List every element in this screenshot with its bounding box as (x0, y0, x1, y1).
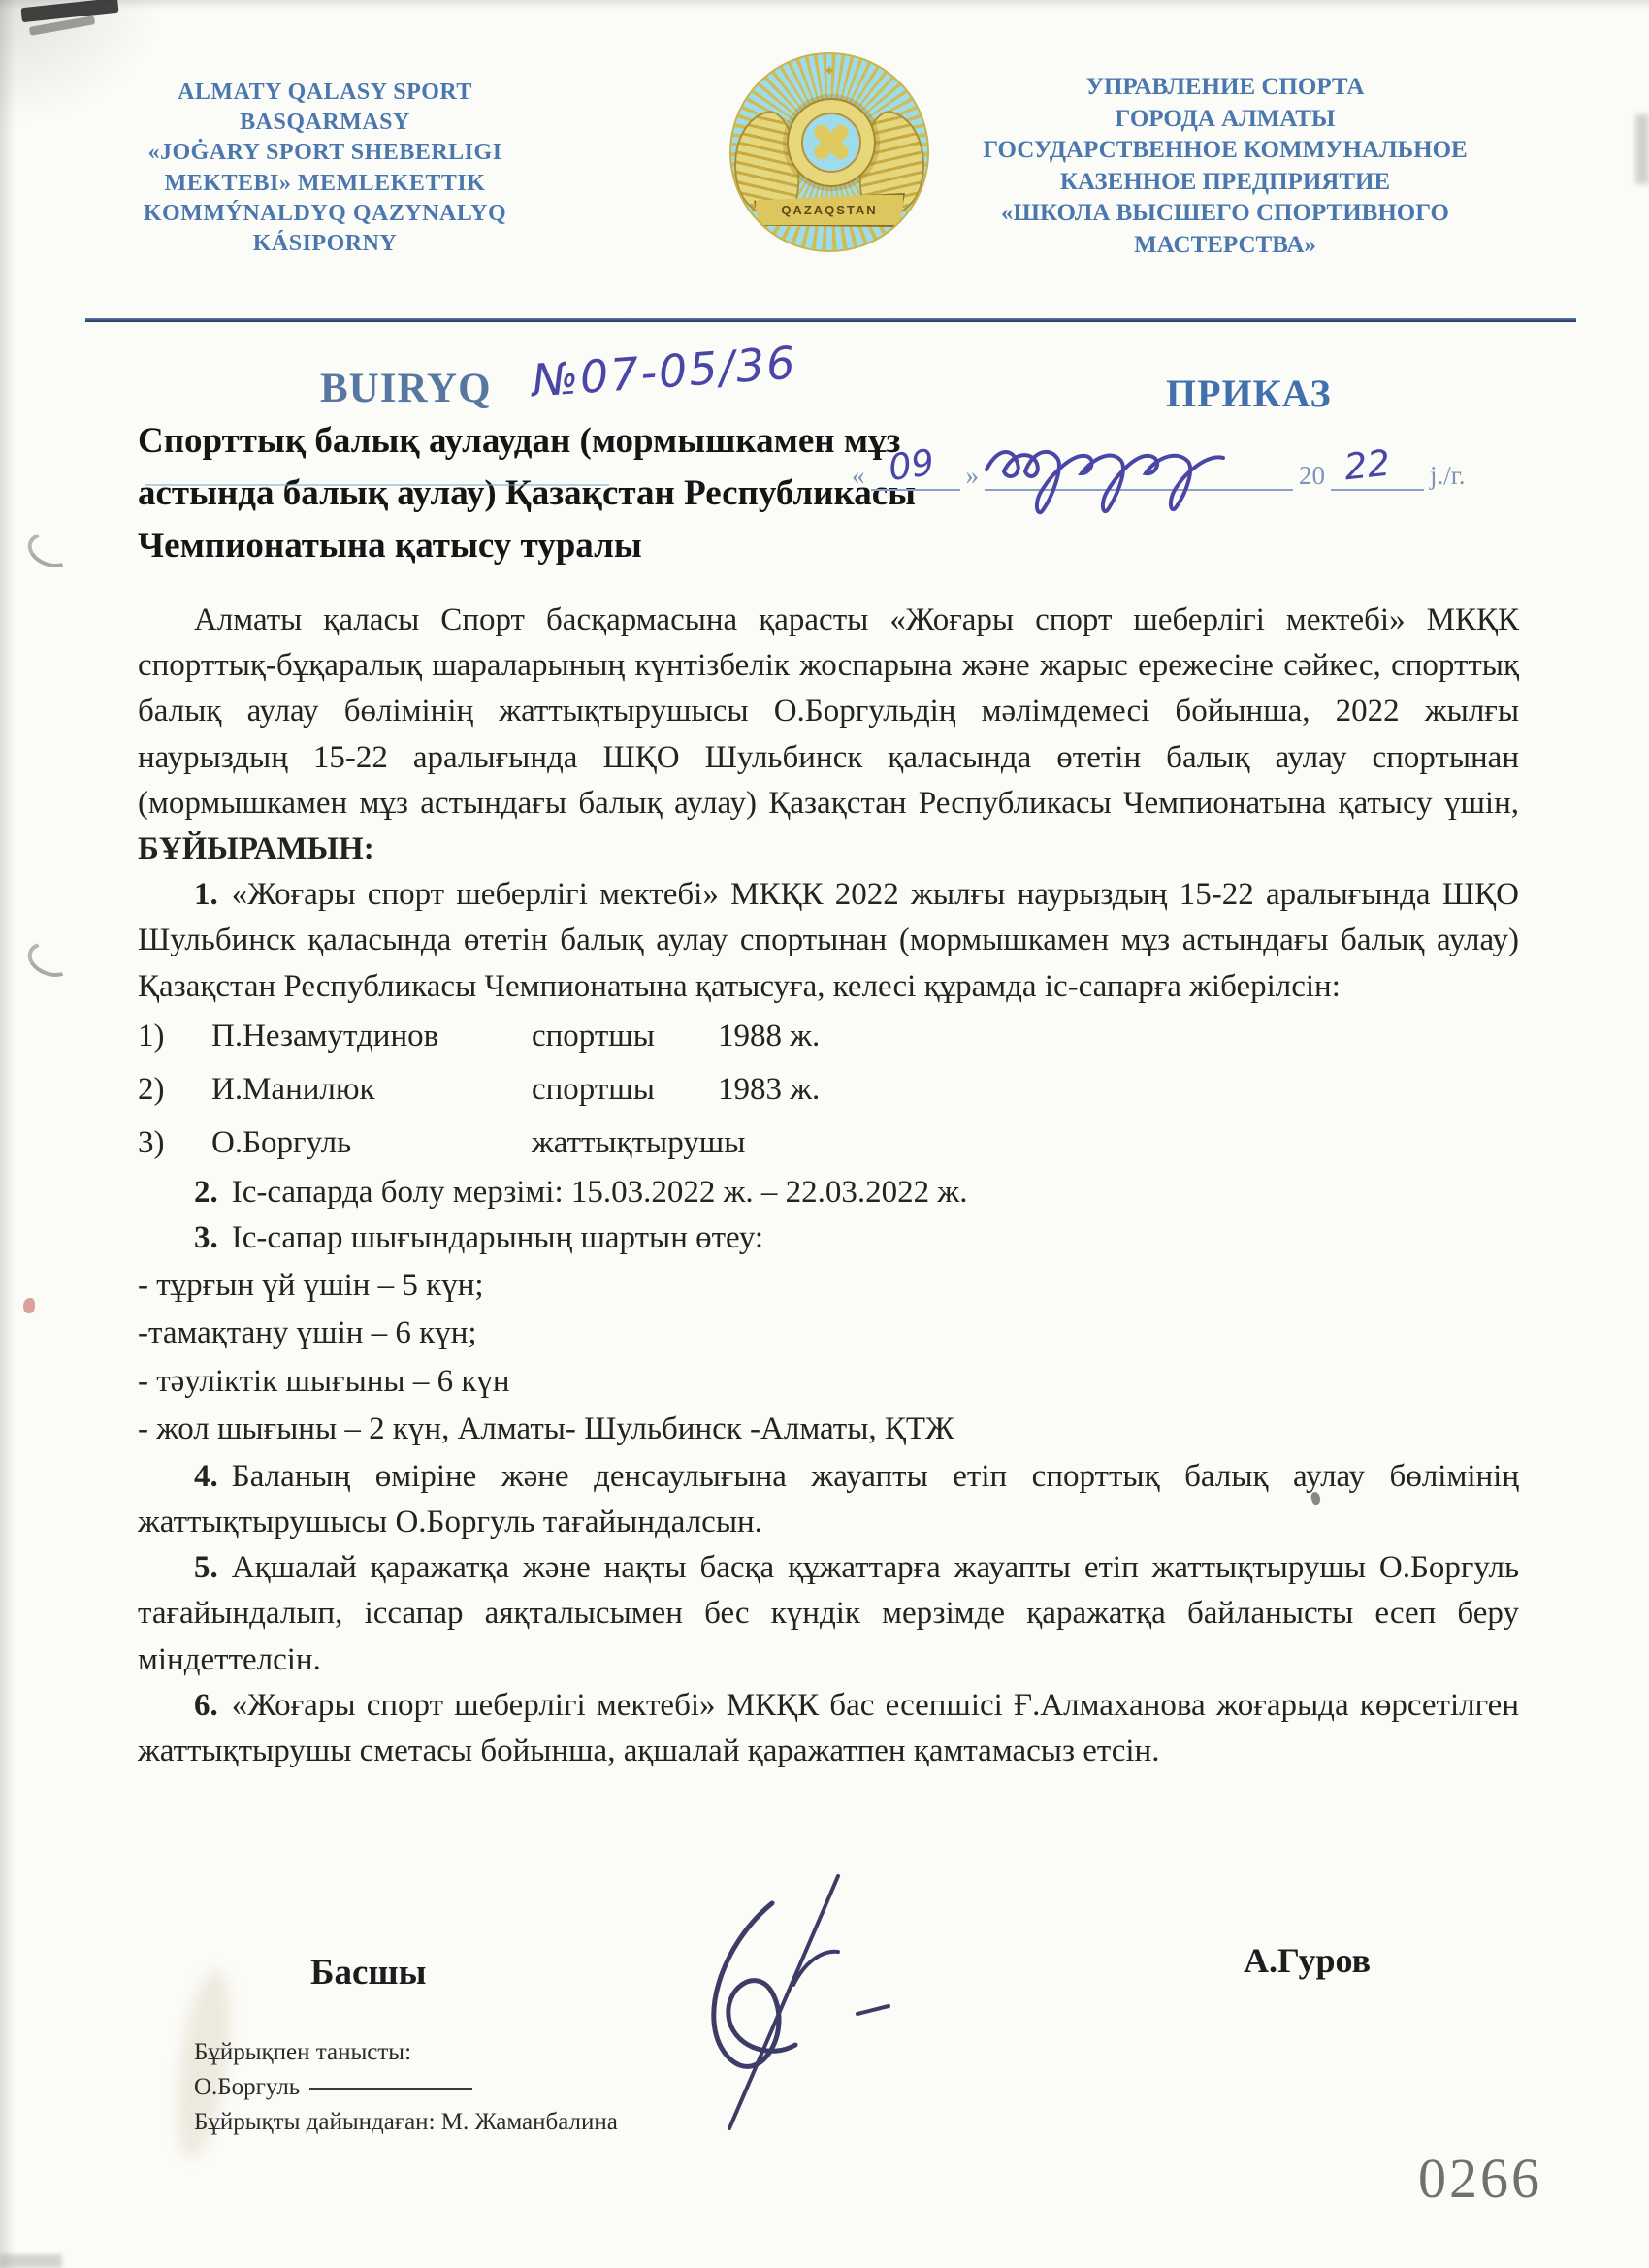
item-text: «Жоғары спорт шеберлігі мектебі» МКҚК 20… (138, 877, 1519, 1003)
scan-curl-mark-2 (23, 936, 79, 983)
person-year (718, 1120, 1519, 1166)
kazakhstan-state-emblem-icon: ✦ QAZAQSTAN (726, 47, 927, 275)
org-line: ALMATY QALASY SPORT (141, 78, 509, 108)
person-name: П.Незамутдинов (211, 1014, 532, 1059)
org-line: «JOĠARY SPORT SHEBERLIGI (141, 138, 509, 168)
footer-acquainted-row: О.Боргуль (194, 2070, 618, 2105)
date-row: « 09 » 20 22 j./г. (846, 460, 1471, 491)
emblem-star-icon: ✦ (824, 62, 836, 81)
date-year-blank: 22 (1331, 460, 1424, 491)
person-row: 1) П.Незамутдинов спортшы 1988 ж. (138, 1010, 1519, 1063)
org-line: МАСТЕРСТВА» (955, 230, 1495, 262)
person-year: 1988 ж. (718, 1014, 1519, 1059)
person-name: И.Манилюк (211, 1067, 532, 1113)
order-item-2: 2.Іс-сапарда болу мерзімі: 15.03.2022 ж.… (138, 1170, 1519, 1215)
org-name-kazakh: ALMATY QALASY SPORT BASQARMASY «JOĠARY S… (141, 78, 509, 259)
template-underline (145, 484, 609, 486)
person-num: 2) (138, 1067, 211, 1113)
footer-block: Бұйрықпен танысты: О.Боргуль Бұйрықты да… (194, 2035, 618, 2140)
org-line: BASQARMASY (141, 108, 509, 138)
order-item-6: 6.«Жоғары спорт шеберлігі мектебі» МКҚК … (138, 1683, 1519, 1774)
footer-acquainted-name: О.Боргуль (194, 2074, 300, 2100)
item-text: Іс-сапар шығындарының шартын өтеу: (232, 1220, 763, 1255)
paragraph-intro: Алматы қаласы Спорт басқармасына қарасты… (138, 598, 1519, 872)
order-item-5: 5.Ақшалай қаражатқа және нақты басқа құж… (138, 1545, 1519, 1683)
order-heading-kazakh: BUIRYQ (320, 365, 492, 412)
expense-line: - тәуліктік шығыны – 6 күн (138, 1358, 1519, 1407)
header-divider (85, 318, 1576, 322)
scan-edge-shading-top (0, 0, 1649, 10)
order-number-handwritten: №07-05/36 (530, 337, 798, 407)
person-row: 2) И.Манилюк спортшы 1983 ж. (138, 1063, 1519, 1117)
date-field: « 09 » 20 22 j./г. (846, 438, 1498, 501)
person-num: 3) (138, 1120, 211, 1166)
date-day-handwritten: 09 (886, 441, 937, 489)
org-line: УПРАВЛЕНИЕ СПОРТА (955, 72, 1495, 104)
org-line: ГОСУДАРСТВЕННОЕ КОММУНАЛЬНОЕ (955, 135, 1495, 167)
org-line: «ШКОЛА ВЫСШЕГО СПОРТИВНОГО (955, 198, 1495, 230)
item-number: 4. (194, 1459, 232, 1494)
scan-edge-shading-left (0, 0, 16, 2268)
scan-bottom-edge-mark (0, 2254, 62, 2268)
person-year: 1983 ж. (718, 1067, 1519, 1113)
emblem-shanyrak-ring (787, 98, 876, 187)
subject-line: Чемпионатына қатысу туралы (138, 520, 1088, 572)
item-number: 2. (194, 1175, 232, 1210)
page-number: 0266 (1418, 2146, 1542, 2211)
org-line: KOMMÝNALDYQ QAZYNALYQ (141, 199, 509, 229)
order-item-4: 4.Баланың өміріне және денсаулығына жауа… (138, 1454, 1519, 1545)
order-item-1: 1.«Жоғары спорт шеберлігі мектебі» МКҚК … (138, 872, 1519, 1010)
item-number: 6. (194, 1688, 232, 1723)
item-number: 1. (194, 877, 232, 912)
date-year-handwritten: 22 (1342, 442, 1392, 489)
date-suffix: j./г. (1424, 461, 1471, 491)
footer-acquainted-label: Бұйрықпен танысты: (194, 2035, 618, 2070)
item-text: Ақшалай қаражатқа және нақты басқа құжат… (138, 1550, 1519, 1676)
org-line: КАЗЕННОЕ ПРЕДПРИЯТИЕ (955, 167, 1495, 199)
scan-smudge-right (1635, 114, 1649, 184)
emblem-shanyrak-inner (801, 113, 861, 173)
expense-line: - тұрғын үй үшін – 5 күн; (138, 1262, 1519, 1311)
footer-prepared-by: Бұйрықты дайындаған: М. Жаманбалина (194, 2105, 618, 2140)
scan-red-speck (23, 1298, 35, 1313)
date-month-scribble (979, 409, 1299, 526)
expense-line: -тамақтану үшін – 6 күн; (138, 1310, 1519, 1358)
item-text: Баланың өміріне және денсаулығына жауапт… (138, 1459, 1519, 1539)
org-line: MEKTEBI» MEMLEKETTIK (141, 169, 509, 199)
person-name: О.Боргуль (211, 1120, 532, 1166)
scanned-order-document: ALMATY QALASY SPORT BASQARMASY «JOĠARY S… (0, 0, 1649, 2268)
scan-curl-mark-1 (23, 527, 79, 573)
person-role: жаттықтырушы (532, 1120, 718, 1166)
directive-word: БҰЙЫРАМЫН: (138, 831, 374, 866)
director-autograph (648, 1868, 920, 2150)
emblem-circle: ✦ QAZAQSTAN (729, 52, 929, 252)
emblem-banner-label: QAZAQSTAN (781, 203, 877, 217)
signature-position-title: Басшы (310, 1952, 427, 1993)
order-body: Алматы қаласы Спорт басқармасына қарасты… (138, 598, 1519, 1774)
expense-line: - жол шығыны – 2 күн, Алматы- Шульбинск … (138, 1406, 1519, 1454)
org-name-russian: УПРАВЛЕНИЕ СПОРТА ГОРОДА АЛМАТЫ ГОСУДАРС… (955, 72, 1495, 261)
date-open-quote: « (846, 461, 871, 491)
person-role: спортшы (532, 1014, 718, 1059)
item-text: «Жоғары спорт шеберлігі мектебі» МКҚК ба… (138, 1688, 1519, 1768)
person-num: 1) (138, 1014, 211, 1059)
signature-name: А.Гуров (1244, 1940, 1371, 1981)
personnel-list: 1) П.Незамутдинов спортшы 1988 ж. 2) И.М… (138, 1010, 1519, 1171)
order-item-3: 3.Іс-сапар шығындарының шартын өтеу: (138, 1215, 1519, 1261)
person-row: 3) О.Боргуль жаттықтырушы (138, 1117, 1519, 1170)
org-line: ГОРОДА АЛМАТЫ (955, 104, 1495, 136)
paragraph-intro-text: Алматы қаласы Спорт басқармасына қарасты… (138, 602, 1519, 821)
item-number: 5. (194, 1550, 232, 1585)
item-text: Іс-сапарда болу мерзімі: 15.03.2022 ж. –… (232, 1175, 968, 1210)
date-day-blank: 09 (871, 460, 960, 491)
acquainted-signature-line (309, 2088, 472, 2090)
person-role: спортшы (532, 1067, 718, 1113)
org-line: KÁSIPORNY (141, 229, 509, 259)
item-number: 3. (194, 1220, 232, 1255)
date-month-blank (985, 460, 1293, 491)
